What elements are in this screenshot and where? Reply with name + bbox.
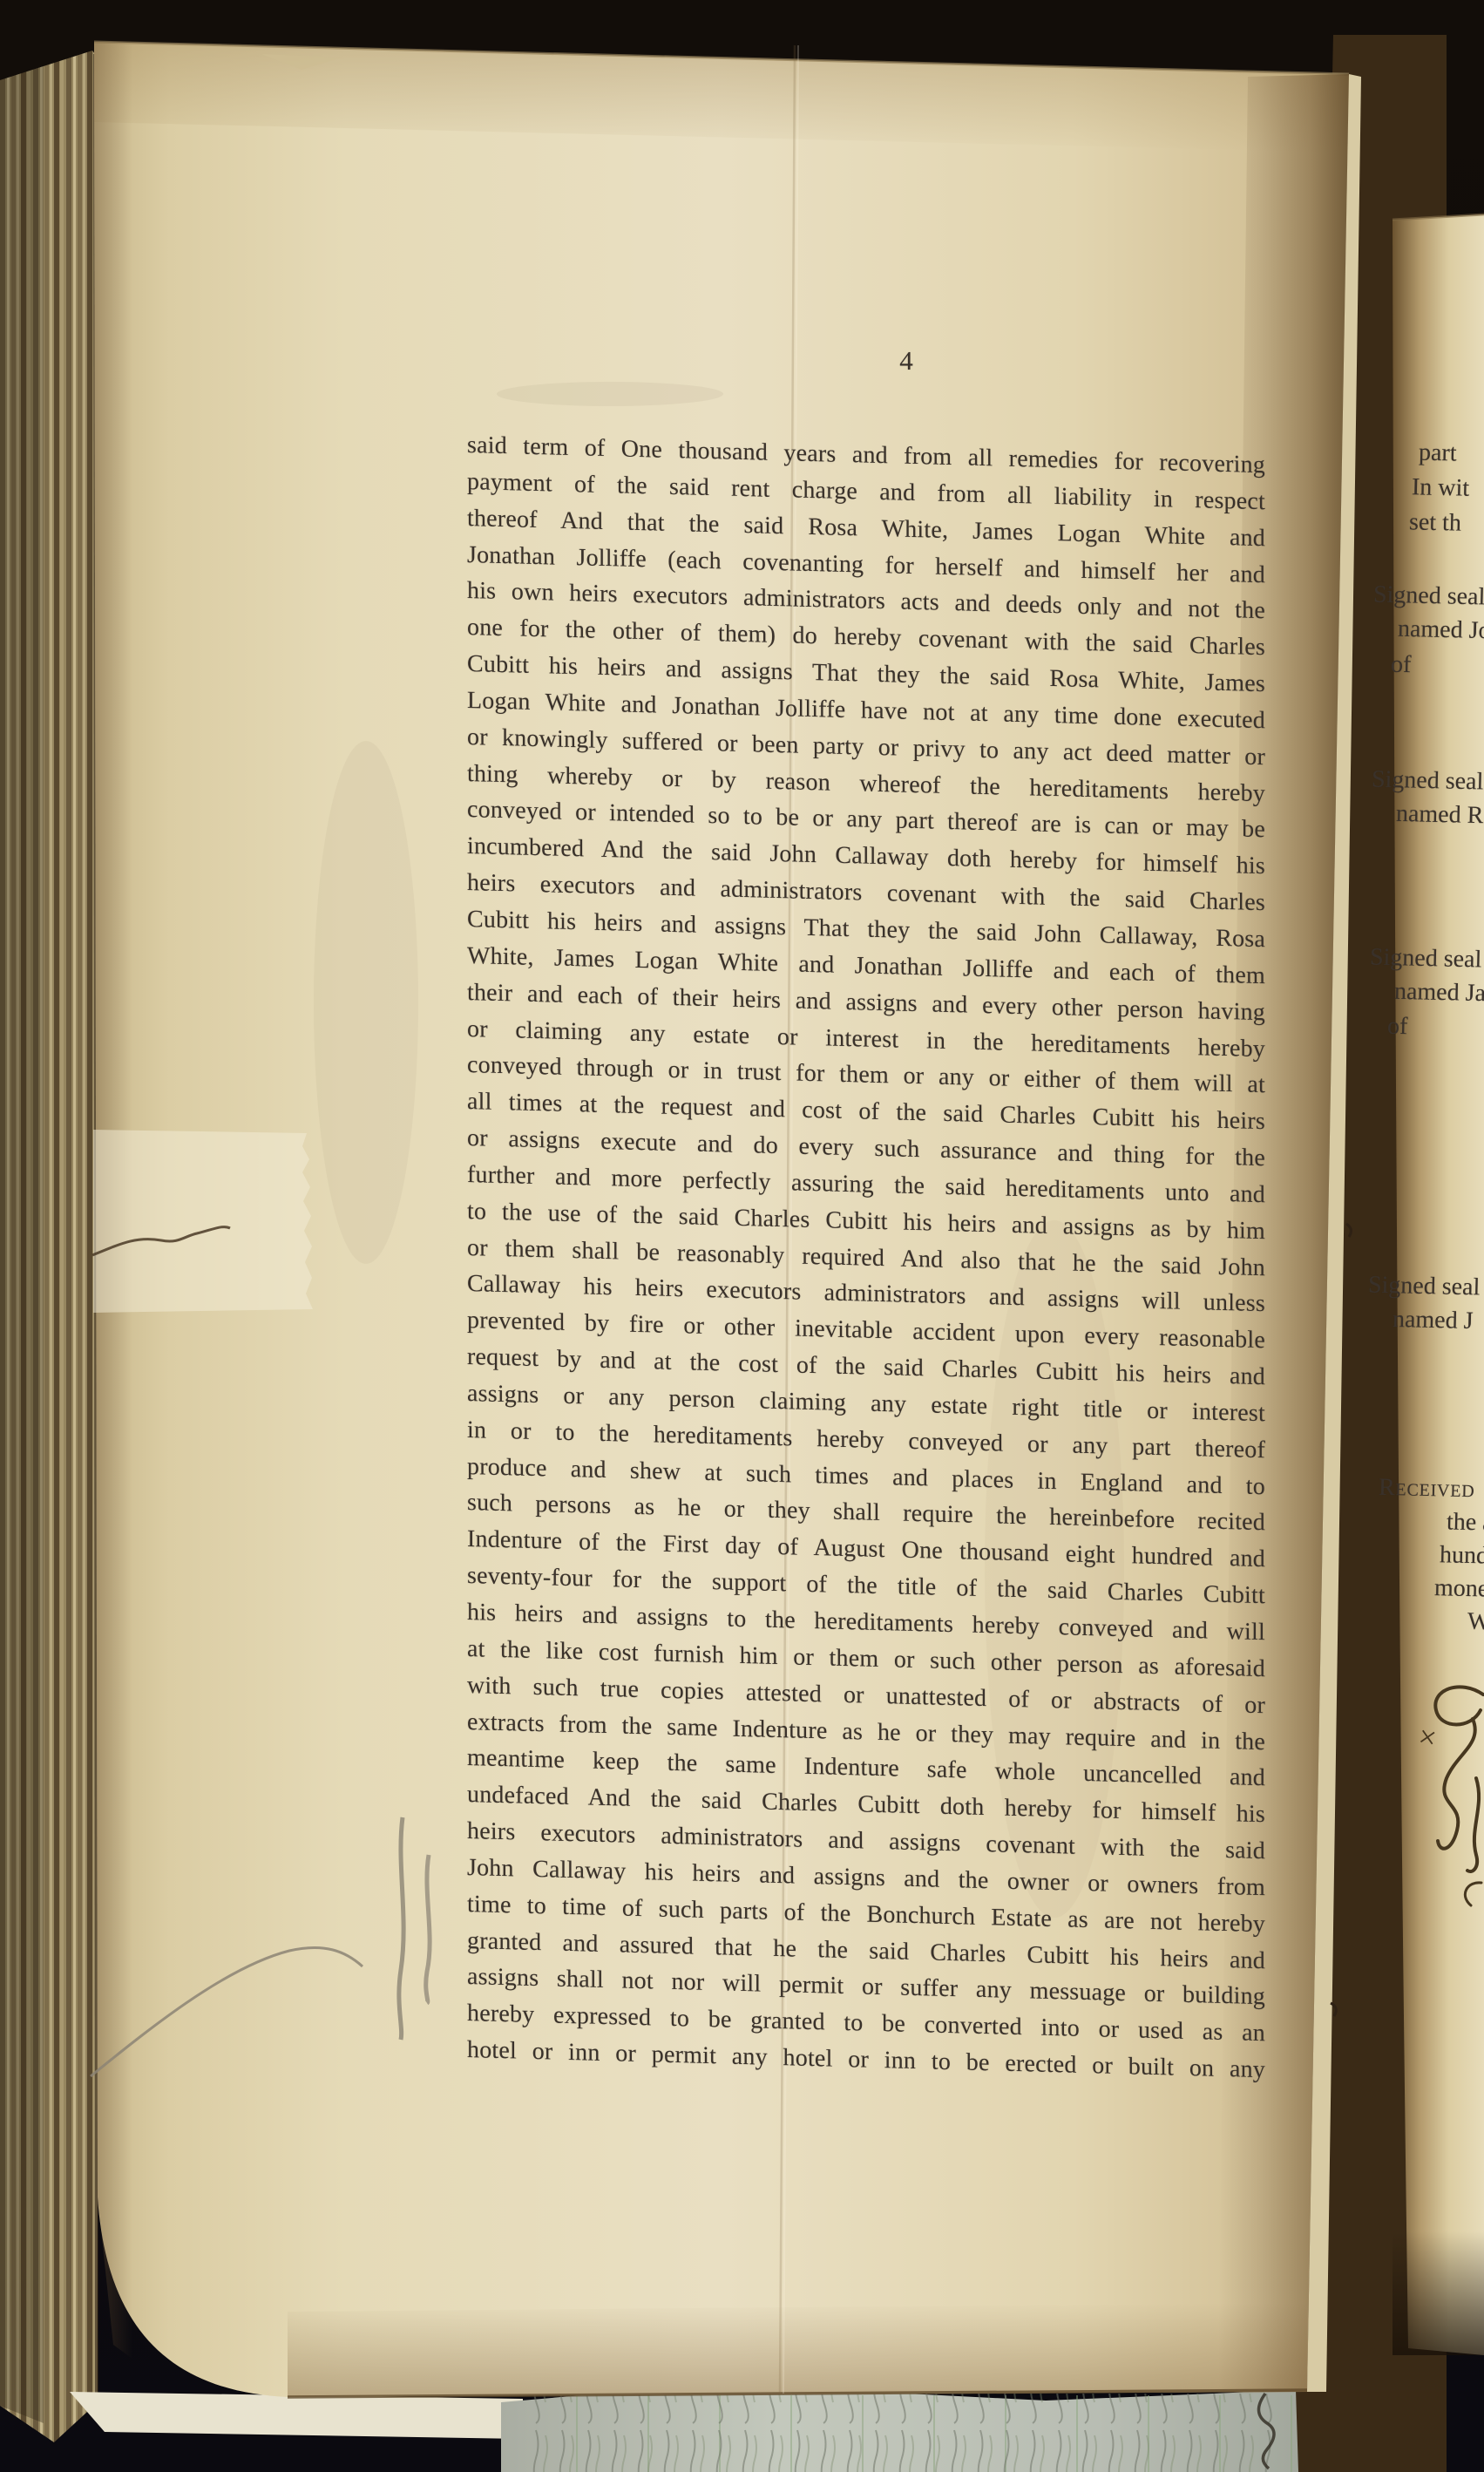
- receipt-clause-received: Received: [1379, 1474, 1475, 1504]
- attestation-3-named: named Ja: [1394, 978, 1484, 1008]
- facing-fragment-part: part: [1419, 439, 1457, 468]
- facing-fragment-set-th: set th: [1409, 508, 1462, 537]
- page-number: 4: [874, 345, 939, 377]
- attestation-3-of: of: [1387, 1013, 1408, 1042]
- attestation-1-named: named Jo: [1398, 615, 1484, 645]
- facing-fragment-in-wit: In wit: [1412, 473, 1470, 502]
- receipt-clause-line-3: hundr: [1440, 1541, 1484, 1570]
- attestation-2-named: named R: [1396, 800, 1484, 830]
- main-text-block: said term of One thousand years and from…: [467, 427, 1265, 2088]
- receipt-clause-line-5: Wi: [1467, 1608, 1484, 1637]
- receipt-clause-line-4: money: [1434, 1574, 1484, 1604]
- receipt-clause-line-2: the a: [1447, 1508, 1484, 1537]
- attestation-2-signed-seal: Signed seal: [1372, 766, 1484, 797]
- attestation-3-signed-seal: Signed seal: [1370, 944, 1482, 975]
- signature-cross-mark: ×: [1416, 1718, 1440, 1757]
- attestation-1-signed-seal: Signed seal: [1373, 581, 1484, 612]
- attestation-4-signed-seal: Signed seal: [1368, 1272, 1481, 1302]
- printed-text-layer: 4 said term of One thousand years and fr…: [0, 0, 1484, 2472]
- book-scan-page: 4 said term of One thousand years and fr…: [0, 0, 1484, 2472]
- attestation-4-named: named J: [1393, 1306, 1474, 1335]
- attestation-1-of: of: [1391, 651, 1412, 680]
